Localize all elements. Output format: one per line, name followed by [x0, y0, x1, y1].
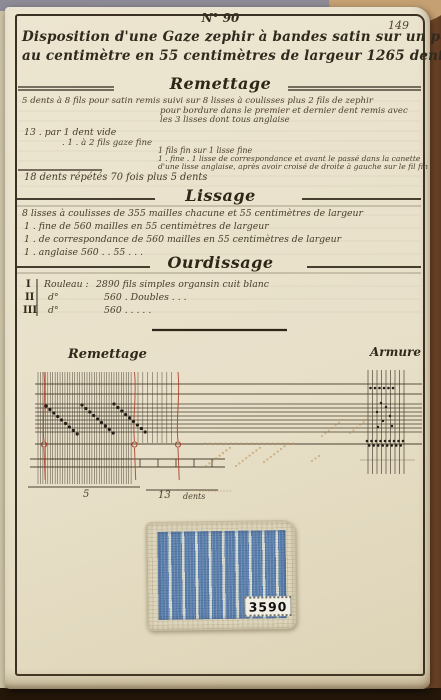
remettage-line: d'une lisse anglaise, après avoir croisé…	[158, 162, 428, 171]
lissage-line: 8 lisses à coulisses de 355 mailles chac…	[22, 208, 363, 219]
lissage-heading: Lissage	[0, 186, 441, 205]
ourdissage-row-label: d°	[48, 292, 59, 303]
diagram-scale-unit: dents	[183, 492, 205, 501]
diagram-armure-label: Armure	[370, 345, 421, 359]
ourdissage-row-value: 560 . . . . .	[104, 305, 151, 316]
title-line-1: Disposition d'une Gaze zephir à bandes s…	[22, 29, 441, 45]
diagram-scale-13: 13	[158, 490, 171, 501]
remettage-line: 5 dents à 8 fils pour satin remis suivi …	[22, 96, 373, 106]
remettage-heading: Remettage	[0, 74, 441, 93]
page-content: N° 90 149 Disposition d'une Gaze zephir …	[0, 0, 441, 700]
title-line-2: au centimètre en 55 centimètres de large…	[22, 48, 441, 64]
remettage-line: . 1 . à 2 fils gaze fine	[62, 138, 152, 148]
ourdissage-row-label: Rouleau :	[44, 279, 89, 290]
fabric-swatch: 3590	[145, 520, 297, 631]
remettage-summary-line: 18 dents répétés 70 fois plus 5 dents	[24, 172, 207, 183]
ourdissage-row-numeral: I	[26, 279, 31, 290]
ourdissage-heading: Ourdissage	[0, 253, 441, 272]
remettage-line: 13 . par 1 dent vide	[24, 127, 116, 138]
lissage-line: 1 . de correspondance de 560 mailles en …	[24, 234, 341, 245]
lissage-line: 1 . fine de 560 mailles en 55 centimètre…	[24, 221, 269, 232]
ourdissage-row-numeral: II	[25, 292, 34, 303]
diagram-scale-5: 5	[83, 489, 89, 500]
page-bottom-curl-shadow	[5, 668, 430, 689]
swatch-number-label: 3590	[245, 596, 292, 617]
ourdissage-row-value: 2890 fils simples organsin cuit blanc	[96, 279, 269, 290]
ourdissage-row-value: 560 . Doubles . . .	[104, 292, 187, 303]
ourdissage-row-label: d°	[48, 305, 59, 316]
doc-number: N° 90	[0, 11, 441, 25]
remettage-line: les 3 lisses dont tous anglaise	[160, 115, 290, 125]
ourdissage-row-numeral: III	[23, 305, 37, 316]
diagram-remettage-label: Remettage	[68, 347, 147, 362]
